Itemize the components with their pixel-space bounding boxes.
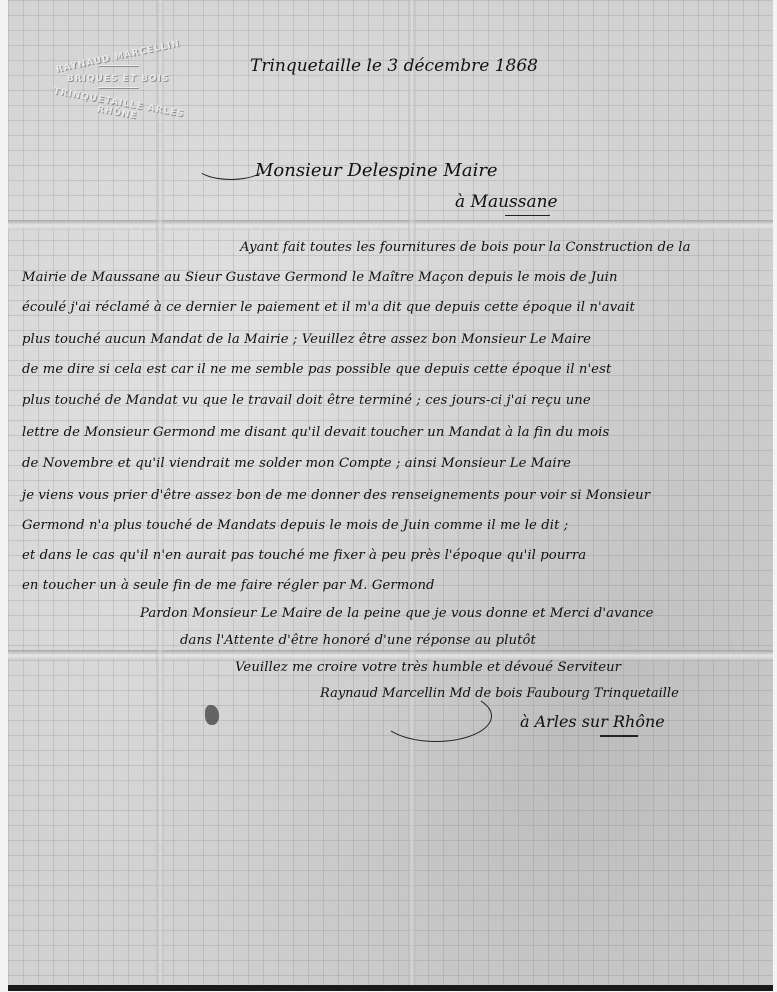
stamp-line-1: RAYNAUD MARCELLIN bbox=[44, 37, 193, 78]
fold-crease-horizontal bbox=[8, 650, 773, 660]
body-line-10: Germond n'a plus touché de Mandats depui… bbox=[22, 518, 767, 533]
letterhead-embossed-stamp: RAYNAUD MARCELLIN BRIQUES ET BOIS TRINQU… bbox=[43, 48, 193, 128]
body-line-4: plus touché aucun Mandat de la Mairie ; … bbox=[22, 332, 767, 347]
body-line-1: Ayant fait toutes les fournitures de boi… bbox=[240, 240, 777, 255]
closing-line-2: dans l'Attente d'être honoré d'une répon… bbox=[180, 633, 777, 648]
signature-flourish bbox=[380, 690, 492, 742]
body-line-9: je viens vous prier d'être assez bon de … bbox=[22, 488, 767, 503]
signature-line-1: Raynaud Marcellin Md de bois Faubourg Tr… bbox=[320, 686, 679, 701]
dateline: Trinquetaille le 3 décembre 1868 bbox=[250, 56, 538, 76]
body-line-7: lettre de Monsieur Germond me disant qu'… bbox=[22, 425, 767, 440]
body-line-6: plus touché de Mandat vu que le travail … bbox=[22, 393, 767, 408]
flourish-decoration bbox=[195, 150, 267, 180]
fold-crease-horizontal bbox=[8, 220, 773, 230]
body-line-11: et dans le cas qu'il n'en aurait pas tou… bbox=[22, 548, 767, 563]
stamp-rule bbox=[98, 65, 138, 66]
recipient-name: Monsieur Delespine Maire bbox=[255, 160, 498, 181]
body-line-2: Mairie de Maussane au Sieur Gustave Germ… bbox=[22, 270, 767, 285]
underline-mark bbox=[505, 215, 550, 216]
body-line-8: de Novembre et qu'il viendrait me solder… bbox=[22, 456, 767, 471]
ink-smudge bbox=[205, 705, 219, 725]
closing-line-3: Veuillez me croire votre très humble et … bbox=[235, 660, 777, 675]
closing-line-1: Pardon Monsieur Le Maire de la peine que… bbox=[140, 606, 777, 621]
body-line-3: écoulé j'ai réclamé à ce dernier le paie… bbox=[22, 300, 767, 315]
underline-mark bbox=[600, 735, 638, 737]
signature-line-2: à Arles sur Rhône bbox=[520, 712, 665, 731]
recipient-town: à Maussane bbox=[455, 192, 558, 212]
body-line-12: en toucher un à seule fin de me faire ré… bbox=[22, 578, 767, 593]
body-line-5: de me dire si cela est car il ne me semb… bbox=[22, 362, 767, 377]
stamp-line-2: BRIQUES ET BOIS bbox=[43, 74, 193, 84]
stamp-line-3: TRINQUETAILLE ARLES RHÔNE bbox=[42, 85, 193, 131]
stamp-rule bbox=[98, 87, 138, 88]
